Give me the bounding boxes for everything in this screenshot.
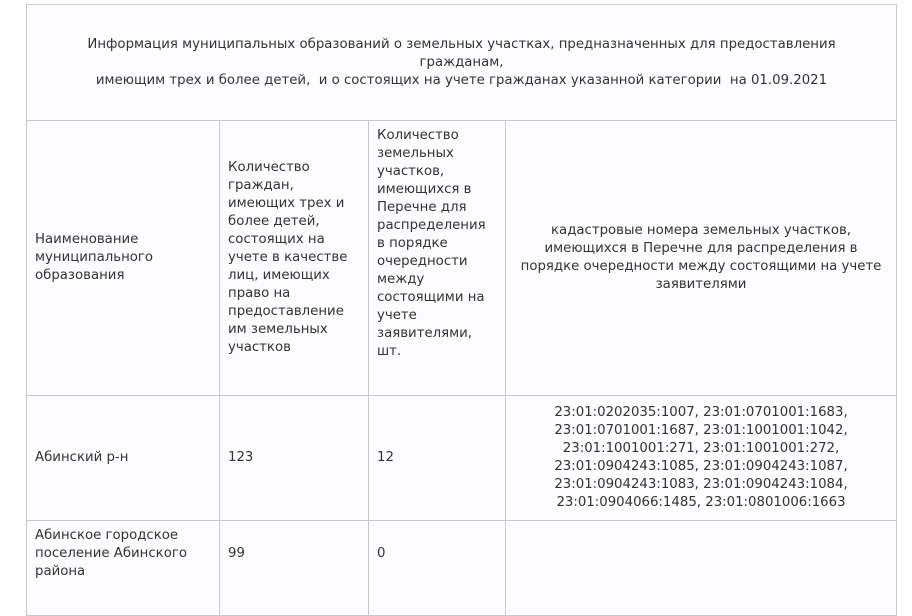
cell-municipality: Абинское городское поселение Абинского р… bbox=[27, 521, 220, 576]
header-plots-count: Количество земельных участков, имеющихся… bbox=[369, 121, 506, 396]
land-plots-report: Информация муниципальных образований о з… bbox=[26, 4, 896, 575]
title-row: Информация муниципальных образований о з… bbox=[27, 5, 897, 121]
table-row: Абинское городское поселение Абинского р… bbox=[27, 521, 897, 576]
header-row: Наименование муниципального образования … bbox=[27, 121, 897, 396]
header-cadastral-numbers: кадастровые номера земельных участков, и… bbox=[506, 121, 897, 396]
cell-plots-count: 12 bbox=[369, 396, 506, 521]
cell-citizens-count: 99 bbox=[220, 521, 369, 576]
cell-municipality: Абинский р-н bbox=[27, 396, 220, 521]
header-municipality: Наименование муниципального образования bbox=[27, 121, 220, 396]
cell-plots-count: 0 bbox=[369, 521, 506, 576]
report-title-line-1: Информация муниципальных образований о з… bbox=[57, 36, 866, 72]
table-row: Абинский р-н 123 12 23:01:0202035:1007, … bbox=[27, 396, 897, 521]
report-title: Информация муниципальных образований о з… bbox=[27, 5, 897, 121]
cadastral-line: 23:01:0904066:1485, 23:01:0801006:1663 bbox=[514, 494, 888, 512]
header-citizens-count: Количество граждан, имеющих трех и более… bbox=[220, 121, 369, 396]
land-plots-table: Информация муниципальных образований о з… bbox=[26, 4, 897, 575]
cadastral-line: 23:01:0904243:1085, 23:01:0904243:1087, bbox=[514, 458, 888, 476]
cadastral-line: 23:01:0202035:1007, 23:01:0701001:1683, bbox=[514, 404, 888, 422]
cadastral-line: 23:01:0701001:1687, 23:01:1001001:1042, bbox=[514, 422, 888, 440]
cell-cadastral-numbers: 23:01:0202035:1007, 23:01:0701001:1683, … bbox=[506, 396, 897, 521]
cadastral-line: 23:01:1001001:271, 23:01:1001001:272, bbox=[514, 440, 888, 458]
cadastral-line: 23:01:0904243:1083, 23:01:0904243:1084, bbox=[514, 476, 888, 494]
cell-cadastral-numbers bbox=[506, 521, 897, 576]
cell-citizens-count: 123 bbox=[220, 396, 369, 521]
report-title-line-2: имеющим трех и более детей, и о состоящи… bbox=[57, 72, 866, 90]
